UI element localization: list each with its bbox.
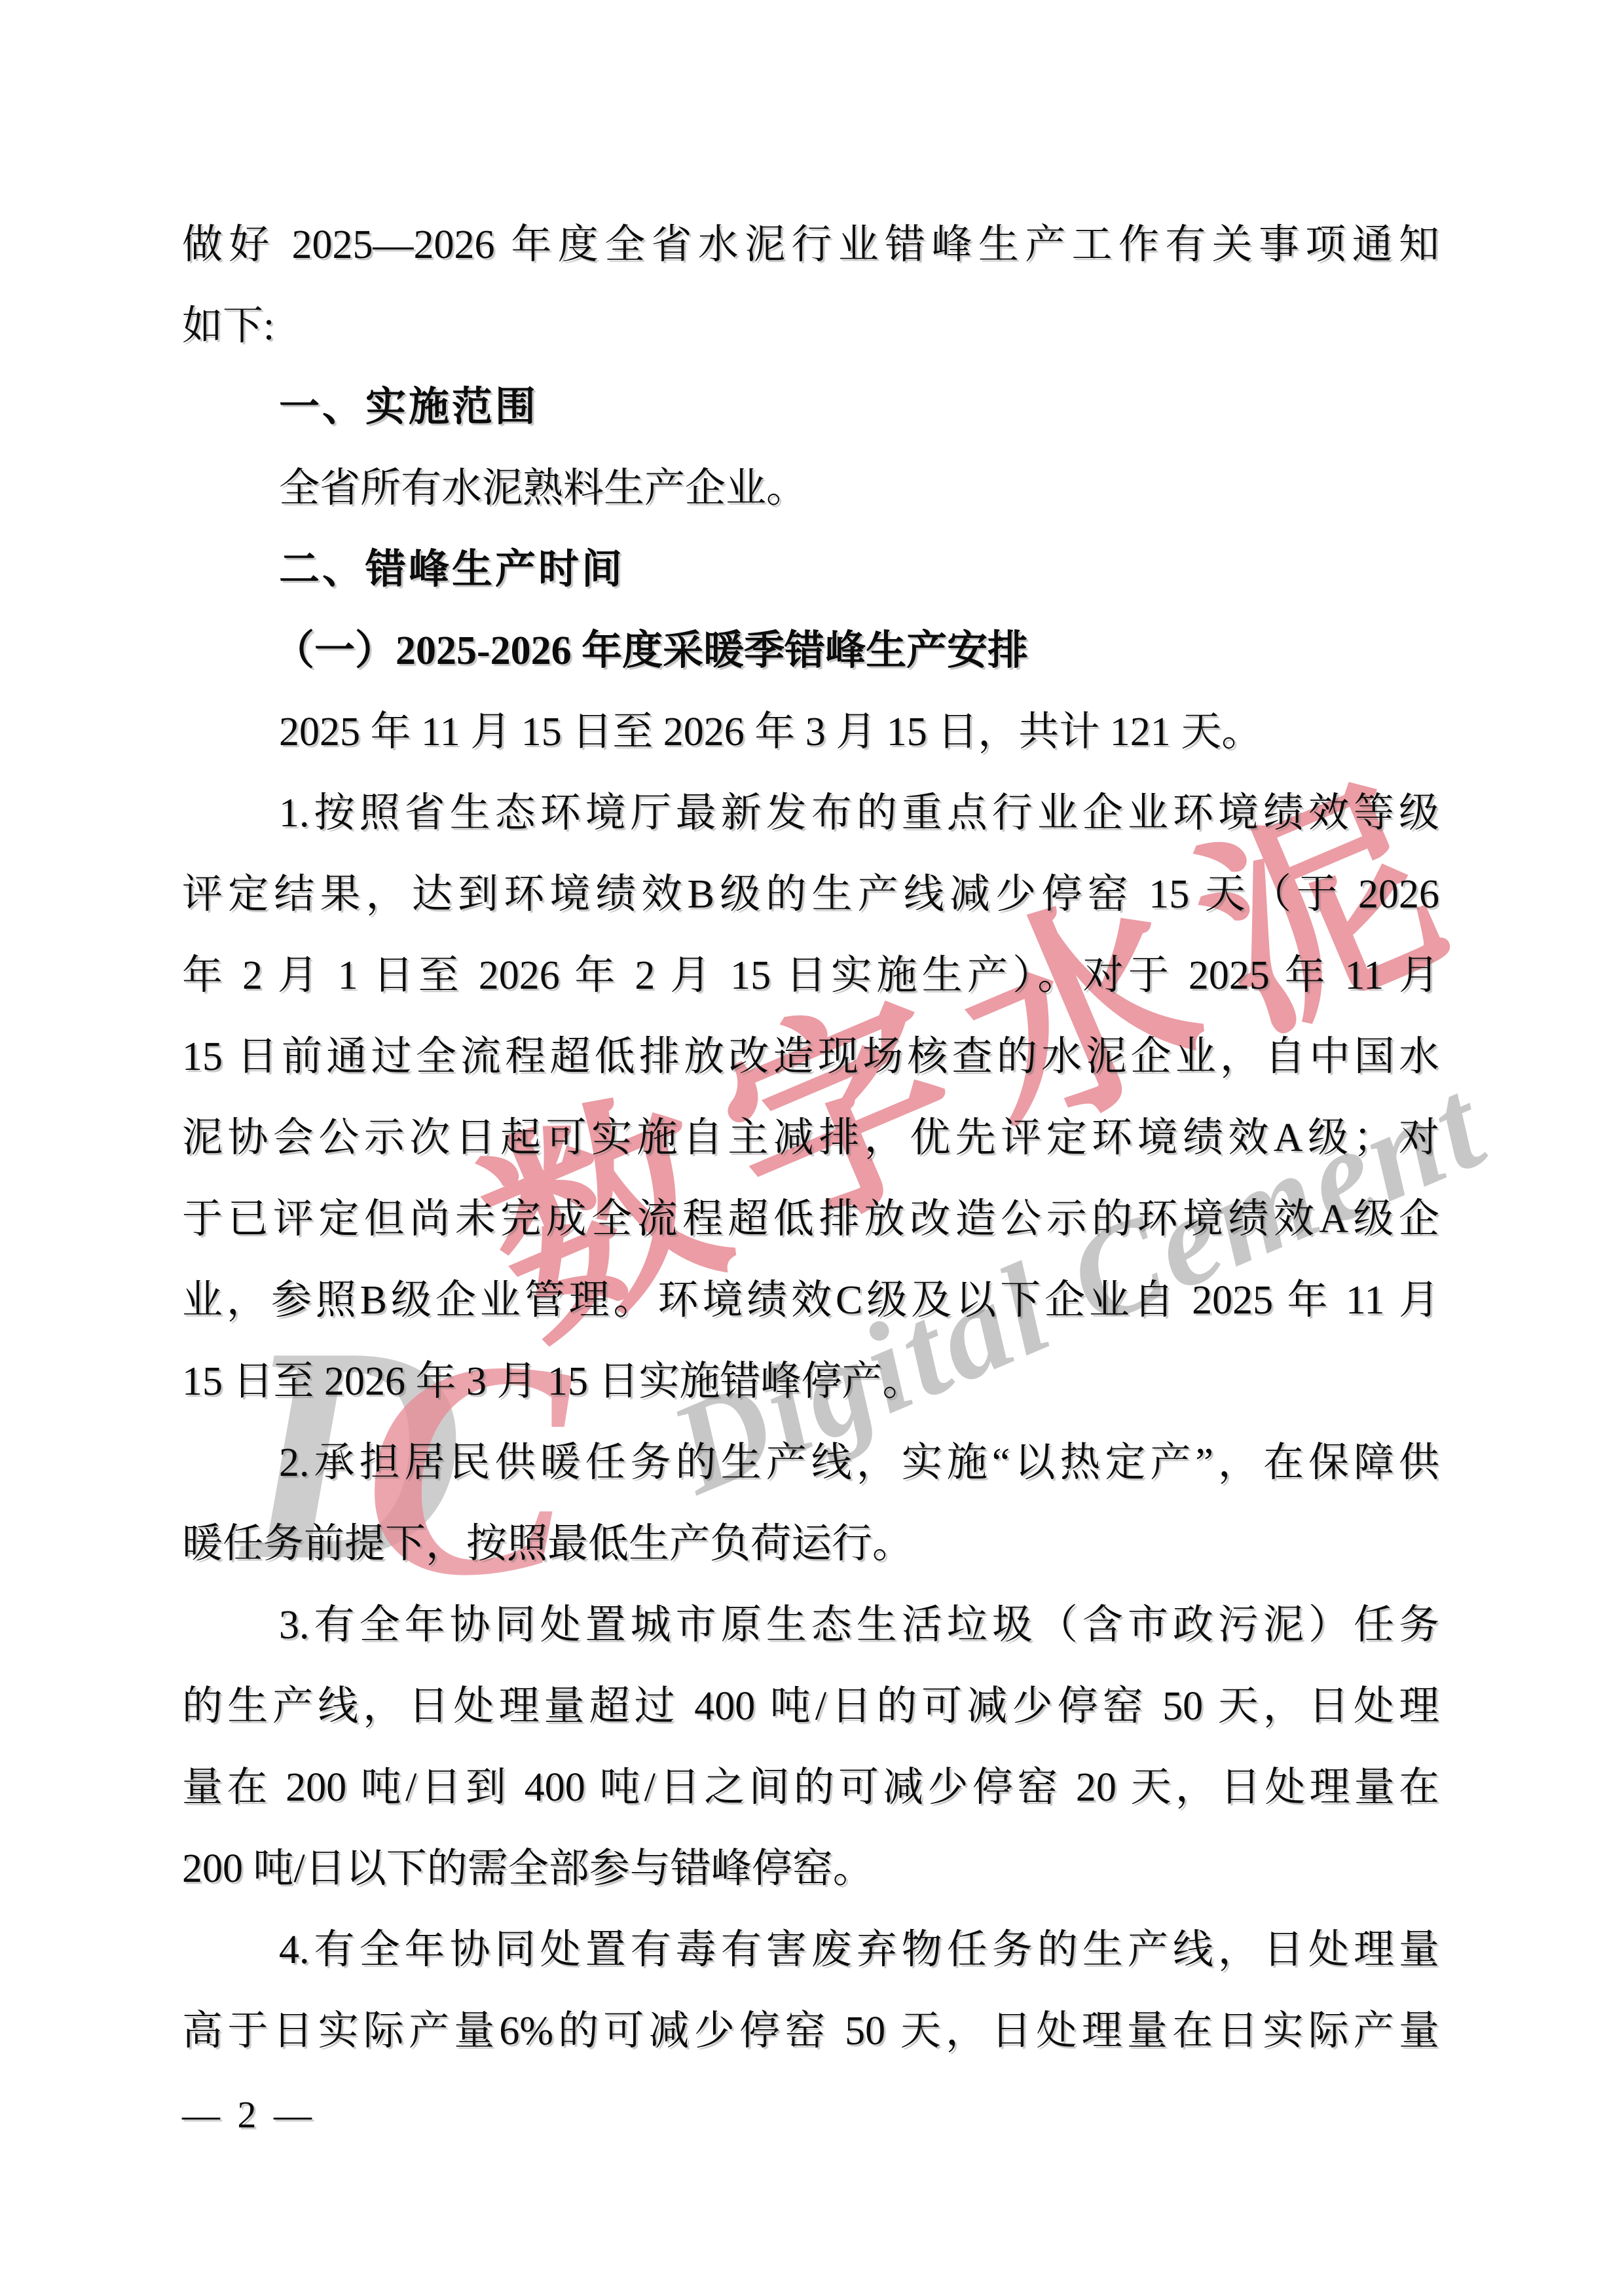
document-body: 做好 2025—2026 年度全省水泥行业错峰生产工作有关事项通知 如下: 一、… — [0, 0, 1624, 2156]
body-line: 200 吨/日以下的需全部参与错峰停窑。 — [182, 1828, 1439, 1909]
section-heading-1: 一、实施范围 — [182, 367, 1439, 448]
body-line: 1.按照省生态环境厅最新发布的重点行业企业环境绩效等级 — [182, 773, 1439, 854]
body-line: 做好 2025—2026 年度全省水泥行业错峰生产工作有关事项通知 — [182, 204, 1439, 285]
body-line: 15 日前通过全流程超低排放改造现场核查的水泥企业，自中国水 — [182, 1016, 1439, 1097]
body-line: 2025 年 11 月 15 日至 2026 年 3 月 15 日，共计 121… — [182, 691, 1439, 773]
body-line: 的生产线，日处理量超过 400 吨/日的可减少停窑 50 天，日处理 — [182, 1666, 1439, 1747]
body-line: 全省所有水泥熟料生产企业。 — [182, 448, 1439, 529]
body-line: 2.承担居民供暖任务的生产线，实施“以热定产”，在保障供 — [182, 1422, 1439, 1503]
document-page: D C 数字水泥 Digital Cement 做好 2025—2026 年度全… — [0, 0, 1624, 2295]
body-line: 高于日实际产量6%的可减少停窑 50 天，日处理量在日实际产量 — [182, 1991, 1439, 2072]
section-heading-2: 二、错峰生产时间 — [182, 529, 1439, 610]
body-line: 年 2 月 1 日至 2026 年 2 月 15 日实施生产）。对于 2025 … — [182, 935, 1439, 1016]
body-line: 评定结果，达到环境绩效B级的生产线减少停窑 15 天（于 2026 — [182, 854, 1439, 935]
body-line: 于已评定但尚未完成全流程超低排放改造公示的环境绩效A级企 — [182, 1179, 1439, 1260]
body-line: 量在 200 吨/日到 400 吨/日之间的可减少停窑 20 天，日处理量在 — [182, 1747, 1439, 1828]
body-line: 3.有全年协同处置城市原生态生活垃圾（含市政污泥）任务 — [182, 1585, 1439, 1666]
page-number: — 2 — — [182, 2074, 1439, 2156]
body-line: 4.有全年协同处置有毒有害废弃物任务的生产线，日处理量 — [182, 1909, 1439, 1991]
body-line: 15 日至 2026 年 3 月 15 日实施错峰停产。 — [182, 1341, 1439, 1422]
subsection-heading: （一）2025-2026 年度采暖季错峰生产安排 — [182, 610, 1439, 691]
body-line: 暖任务前提下，按照最低生产负荷运行。 — [182, 1503, 1439, 1585]
body-line: 业，参照B级企业管理。环境绩效C级及以下企业自 2025 年 11 月 — [182, 1260, 1439, 1341]
body-line: 如下: — [182, 285, 1439, 367]
body-line: 泥协会公示次日起可实施自主减排，优先评定环境绩效A级；对 — [182, 1097, 1439, 1179]
